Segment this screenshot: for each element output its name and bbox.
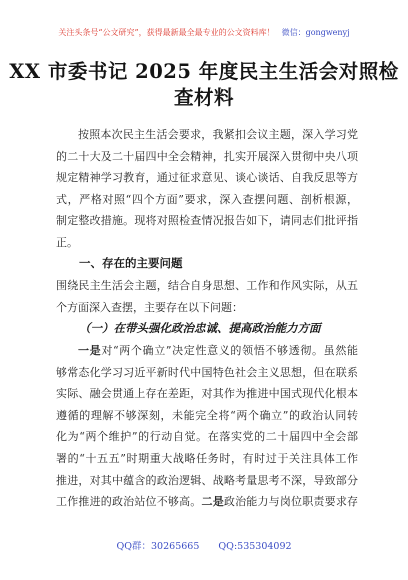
body-line: 一是对“两个确立”决定性意义的领悟不够透彻。虽然能 (56, 340, 358, 362)
promo-text: 关注头条号“公文研究”，获得最新最全最专业的公文资料库！ (58, 28, 274, 37)
body-line: 推进，对其中蕴含的政治逻辑、战略考量思考不深，导致部分 (56, 470, 358, 492)
body-line: 个方面深入查摆，主要存在以下问题： (56, 297, 358, 319)
body-line: 按照本次民主生活会要求，我紧扣会议主题，深入学习党 (56, 124, 358, 146)
section-heading-1: 一、存在的主要问题 (56, 254, 358, 276)
document-page: 关注头条号“公文研究”，获得最新最全最专业的公文资料库！微信：gongwenyj… (0, 0, 408, 580)
text-run: 对“两个确立”决定性意义的领悟不够透彻。虽然能 (101, 344, 358, 357)
body-line: 够常态化学习习近平新时代中国特色社会主义思想，但在联系 (56, 362, 358, 384)
section-heading-2: （一）在带头强化政治忠诚、提高政治能力方面 (56, 318, 358, 340)
body-line: 制定整改措施。现将对照检查情况报告如下，请同志们批评指 (56, 210, 358, 232)
body-line: 的二十大及二十届四中全会精神，扎实开展深入贯彻中央八项 (56, 146, 358, 168)
text-run: 政治能力与岗位职责要求存 (224, 495, 358, 508)
body-line: 工作推进的政治站位不够高。二是政治能力与岗位职责要求存 (56, 491, 358, 513)
body-line: 规定精神学习教育，通过征求意见、谈心谈话、自我反思等方 (56, 167, 358, 189)
body-line: 围绕民主生活会主题，结合自身思想、工作和作风实际，从五 (56, 275, 358, 297)
title-line-2: 查材料 (0, 85, 408, 111)
body-line: 实际、融会贯通上存在差距，对其作为推进中国式现代化根本 (56, 383, 358, 405)
footer-qq-contact: QQ群：30265665 QQ:535304092 (0, 538, 408, 552)
document-body: 按照本次民主生活会要求，我紧扣会议主题，深入学习党 的二十大及二十届四中全会精神… (56, 124, 358, 513)
title-line-1: XX 市委书记 2025 年度民主生活会对照检 (0, 59, 408, 85)
body-line: 遵循的理解不够深刻，未能完全将“两个确立”的政治认同转 (56, 405, 358, 427)
wechat-contact: 微信：gongwenyj (282, 28, 350, 37)
body-line: 化为“两个维护”的行动自觉。在落实党的二十届四中全会部 (56, 426, 358, 448)
body-line: 署的“十五五”时期重大战略任务时，有时过于关注具体工作 (56, 448, 358, 470)
body-line: 式，严格对照“四个方面”要求，深入查摆问题、剖析根源， (56, 189, 358, 211)
header-promo: 关注头条号“公文研究”，获得最新最全最专业的公文资料库！微信：gongwenyj (0, 27, 408, 38)
document-title: XX 市委书记 2025 年度民主生活会对照检 查材料 (0, 59, 408, 111)
body-line: 正。 (56, 232, 358, 254)
bold-run: 二是 (202, 495, 224, 508)
bold-run: 一是 (78, 344, 101, 357)
text-run: 工作推进的政治站位不够高。 (56, 495, 202, 508)
